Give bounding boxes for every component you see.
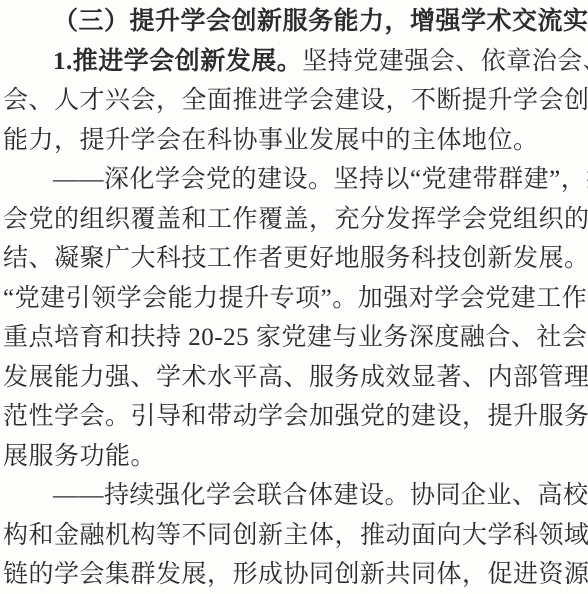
text-line-body: 结、凝聚广大科技工作者更好地服务科技创新发展。继续实施 <box>3 245 588 272</box>
text-line: 结、凝聚广大科技工作者更好地服务科技创新发展。继续实施 <box>3 239 585 279</box>
text-line: 能力，提升学会在科协事业发展中的主体地位。 <box>3 121 585 161</box>
text-line-body: 构和金融机构等不同创新主体，推动面向大学科领域或全产业 <box>3 522 588 549</box>
text-line: “党建引领学会能力提升专项”。加强对学会党建工作的指导， <box>3 279 585 319</box>
text-line-body: 范性学会。引导和带动学会加强党的建设，提升服务能力，拓 <box>3 403 588 430</box>
section-heading: （三）提升学会创新服务能力，增强学术交流实效 <box>3 2 585 42</box>
paragraph-lead-in: 1.推进学会创新发展。 <box>53 48 302 75</box>
text-line-body: ——持续强化学会联合体建设。协同企业、高校、科研机 <box>53 482 588 509</box>
text-line-body: 能力，提升学会在科协事业发展中的主体地位。 <box>3 127 539 154</box>
document-page: （三）提升学会创新服务能力，增强学术交流实效 1.推进学会创新发展。坚持党建强会… <box>0 0 588 594</box>
text-line-body: 会党的组织覆盖和工作覆盖，充分发挥学会党组织的作用，团 <box>3 206 588 233</box>
text-line: 链的学会集群发展，形成协同创新共同体，促进资源共享。强 <box>3 555 585 594</box>
text-line: 会、人才兴会，全面推进学会建设，不断提升学会创新和服务 <box>3 81 585 121</box>
text-line: 1.推进学会创新发展。坚持党建强会、依章治会、学术立 <box>3 42 585 82</box>
text-line-body: 会、人才兴会，全面推进学会建设，不断提升学会创新和服务 <box>3 87 588 114</box>
text-line-body: 链的学会集群发展，形成协同创新共同体，促进资源共享。强 <box>3 561 588 588</box>
text-line: 展服务功能。 <box>3 437 585 477</box>
text-line: ——深化学会党的建设。坚持以“党建带群建”，扩大学 <box>3 160 585 200</box>
text-line: 发展能力强、学术水平高、服务成效显著、内部管理规范的示 <box>3 358 585 398</box>
text-line-body: ——深化学会党的建设。坚持以“党建带群建”，扩大学 <box>53 166 588 193</box>
text-line-body: 重点培育和扶持 20-25 家党建与业务深度融合、社会信誉好、 <box>3 324 588 351</box>
text-line-body: “党建引领学会能力提升专项”。加强对学会党建工作的指导， <box>3 285 588 312</box>
text-line-body: 发展能力强、学术水平高、服务成效显著、内部管理规范的示 <box>3 364 588 391</box>
text-line: ——持续强化学会联合体建设。协同企业、高校、科研机 <box>3 476 585 516</box>
text-line: 重点培育和扶持 20-25 家党建与业务深度融合、社会信誉好、 <box>3 318 585 358</box>
text-line: 构和金融机构等不同创新主体，推动面向大学科领域或全产业 <box>3 516 585 556</box>
section-heading-text: （三）提升学会创新服务能力，增强学术交流实效 <box>53 8 588 35</box>
text-line-body: 展服务功能。 <box>3 443 156 470</box>
text-line: 范性学会。引导和带动学会加强党的建设，提升服务能力，拓 <box>3 397 585 437</box>
text-line-body: 坚持党建强会、依章治会、学术立 <box>302 48 588 75</box>
text-line: 会党的组织覆盖和工作覆盖，充分发挥学会党组织的作用，团 <box>3 200 585 240</box>
